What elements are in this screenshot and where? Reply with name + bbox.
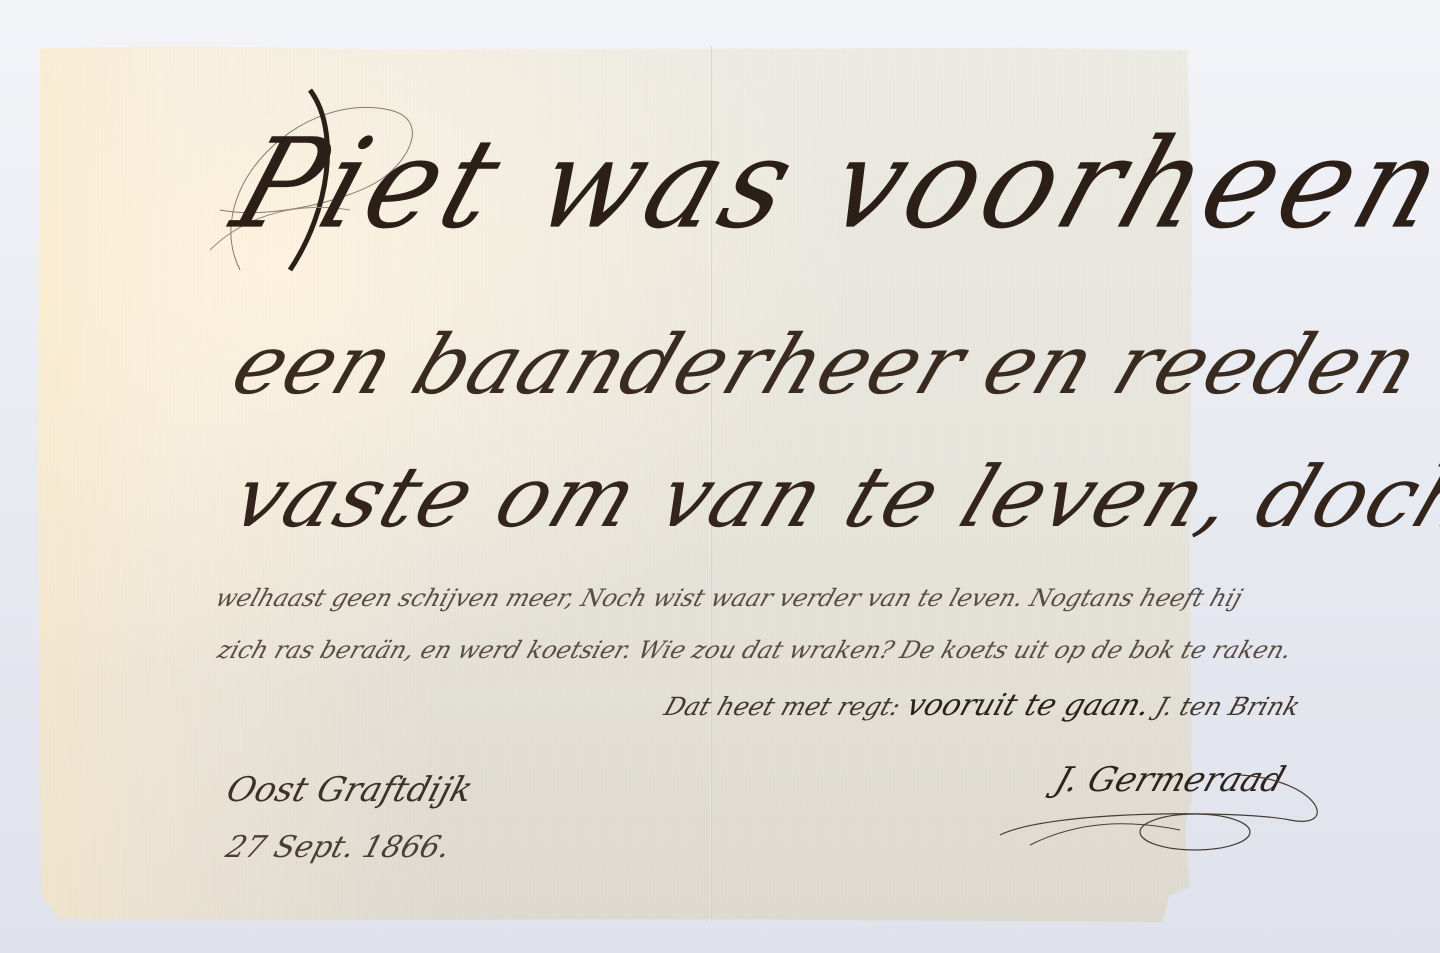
closing-line: Dat heet met regt: vooruit te gaan. J. t… — [660, 688, 1305, 723]
signature: J. Germeraad — [1050, 760, 1290, 800]
date: 27 Sept. 1866. — [222, 830, 454, 865]
body-line-2: zich ras beraän, en werd koetsier. Wie z… — [214, 636, 1296, 664]
closing-prefix: Dat heet met regt: — [661, 692, 905, 721]
headline-line-3: vaste om van te leven, doch had — [220, 448, 1440, 546]
body-line-1: welhaast geen schijven meer, Noch wist w… — [212, 584, 1246, 612]
headline-line-2: een baanderheer en reeden — [220, 318, 1431, 413]
headline-line-1: Piet was voorheen — [218, 111, 1440, 256]
closing-attribution: J. ten Brink — [1152, 692, 1304, 721]
place-name: Oost Graftdijk — [222, 770, 477, 810]
closing-emphasis: vooruit te gaan. — [902, 688, 1154, 723]
